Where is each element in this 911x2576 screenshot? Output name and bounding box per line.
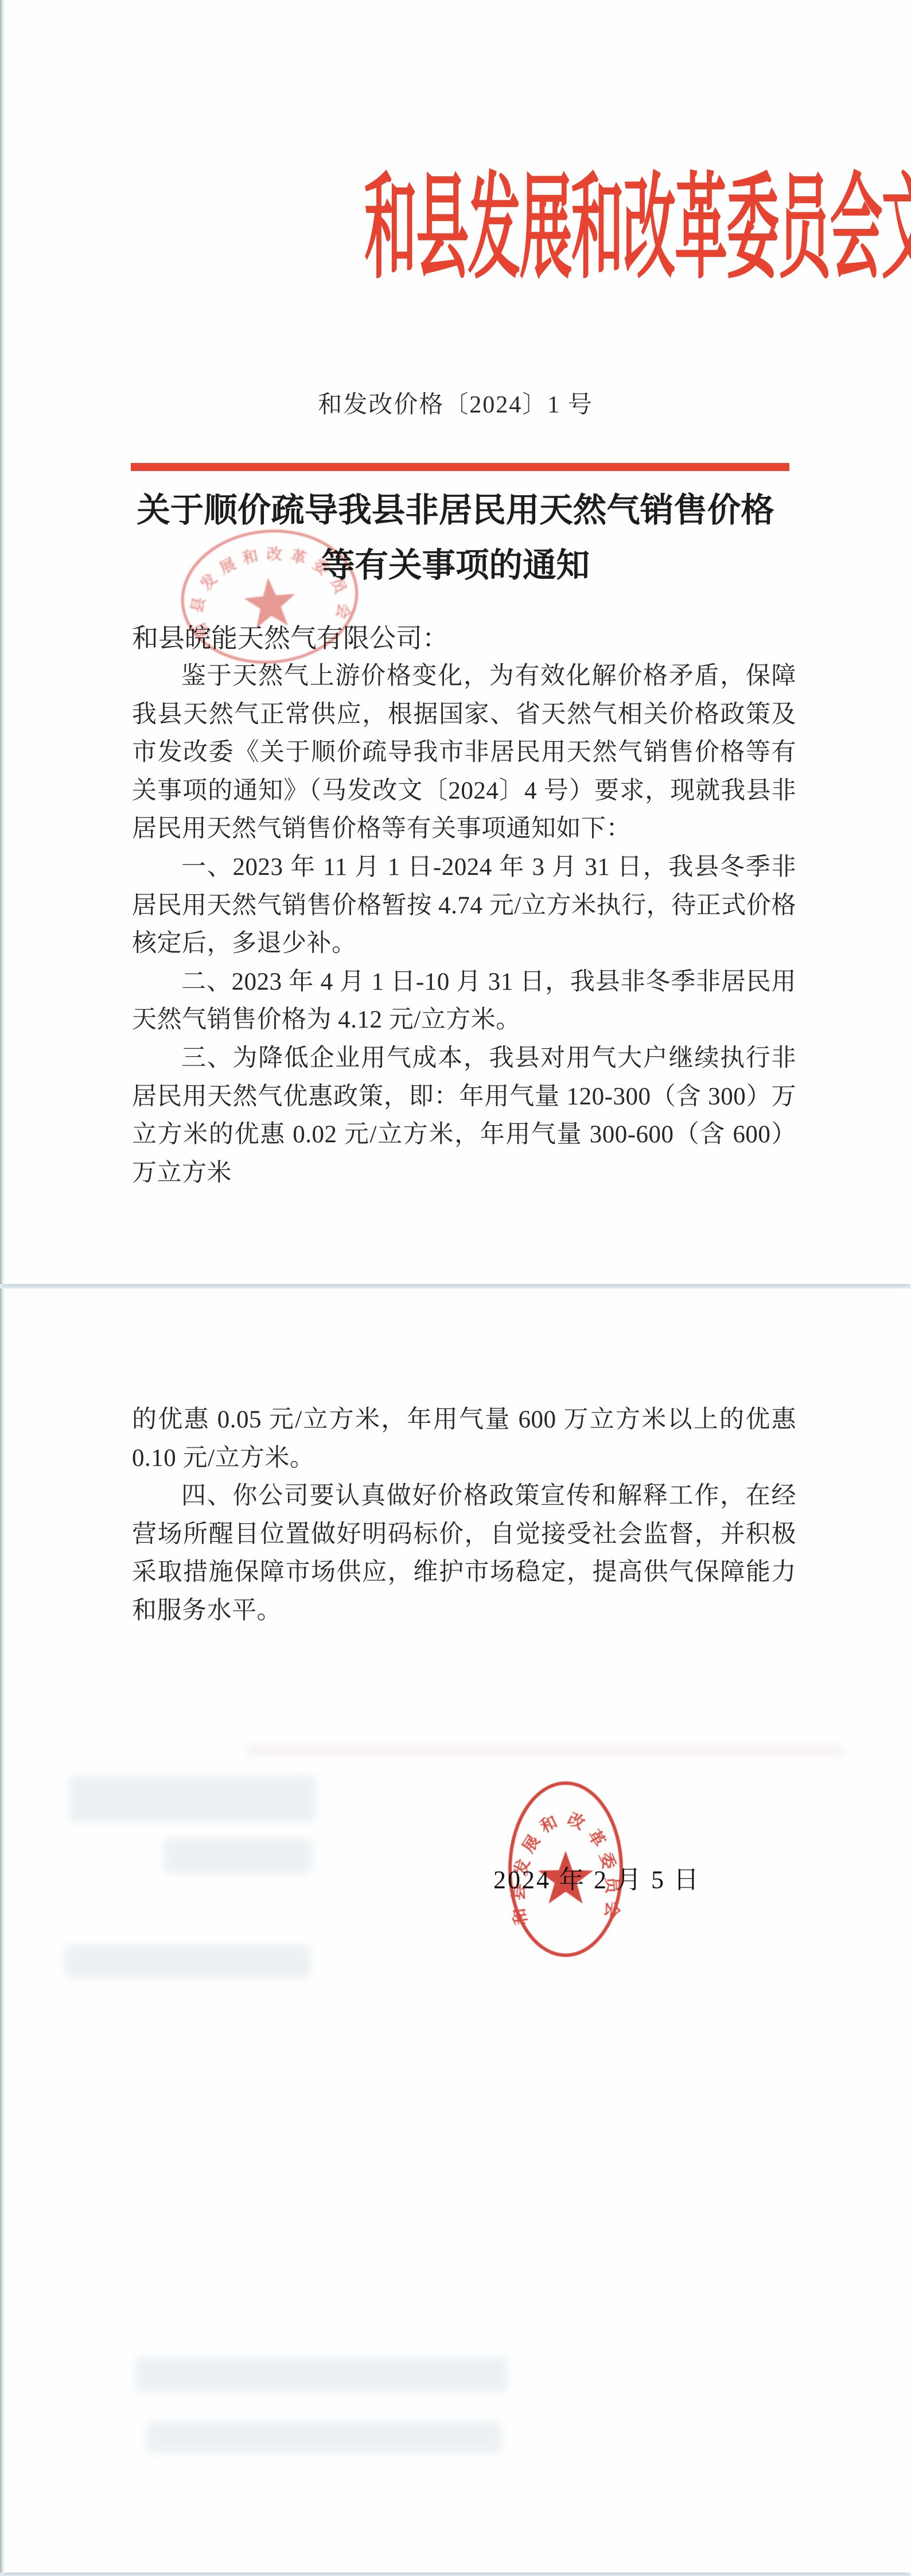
document-title-line2: 等有关事项的通知 xyxy=(0,538,911,593)
paragraph: 三、为降低企业用气成本，我县对用气大户继续执行非居民用天然气优惠政策，即：年用气… xyxy=(132,1040,796,1192)
scanned-document: 和县发展和改革委员会文件 和发改价格〔2024〕1 号 关于顺价疏导我县非居民用… xyxy=(0,0,911,2576)
ink-bleed-artifact xyxy=(135,2357,508,2392)
document-page-2: 的优惠 0.05 元/立方米，年用气量 600 万立方米以上的优惠 0.10 元… xyxy=(0,1289,911,2573)
document-number: 和发改价格〔2024〕1 号 xyxy=(0,388,911,422)
body-text-page2: 的优惠 0.05 元/立方米，年用气量 600 万立方米以上的优惠 0.10 元… xyxy=(132,1401,796,1631)
ink-bleed-artifact xyxy=(146,2422,502,2453)
paragraph: 一、2023 年 11 月 1 日-2024 年 3 月 31 日，我县冬季非居… xyxy=(132,849,796,963)
agency-banner-text: 和县发展和改革委员会文件 xyxy=(364,170,911,289)
ink-bleed-artifact xyxy=(247,1746,843,1754)
ink-bleed-artifact xyxy=(163,1838,313,1874)
seal-star-icon xyxy=(243,575,298,629)
paragraph-continuation: 的优惠 0.05 元/立方米，年用气量 600 万立方米以上的优惠 0.10 元… xyxy=(132,1401,796,1477)
paragraph: 鉴于天然气上游价格变化，为有效化解价格矛盾，保障我县天然气正常供应，根据国家、省… xyxy=(132,657,796,849)
document-title-line1: 关于顺价疏导我县非居民用天然气销售价格 xyxy=(0,483,911,538)
paragraph: 二、2023 年 4 月 1 日-10 月 31 日，我县非冬季非居民用天然气销… xyxy=(132,963,796,1040)
scan-edge-artifact xyxy=(0,1289,7,2573)
red-divider-rule xyxy=(131,463,789,471)
agency-banner: 和县发展和改革委员会文件 xyxy=(0,170,911,289)
issue-date: 2024 年 2 月 5 日 xyxy=(493,1859,700,1896)
ink-bleed-artifact xyxy=(64,1945,311,1978)
document-title: 关于顺价疏导我县非居民用天然气销售价格 等有关事项的通知 xyxy=(0,483,911,593)
body-text-page1: 鉴于天然气上游价格变化，为有效化解价格矛盾，保障我县天然气正常供应，根据国家、省… xyxy=(132,657,796,1192)
official-seal-faded: 和县发展和改革委员会 xyxy=(165,509,375,684)
paragraph: 四、你公司要认真做好价格政策宣传和解释工作，在经营场所醒目位置做好明码标价，自觉… xyxy=(132,1477,796,1630)
document-page-1: 和县发展和改革委员会文件 和发改价格〔2024〕1 号 关于顺价疏导我县非居民用… xyxy=(0,0,911,1284)
ink-bleed-artifact xyxy=(69,1775,316,1822)
